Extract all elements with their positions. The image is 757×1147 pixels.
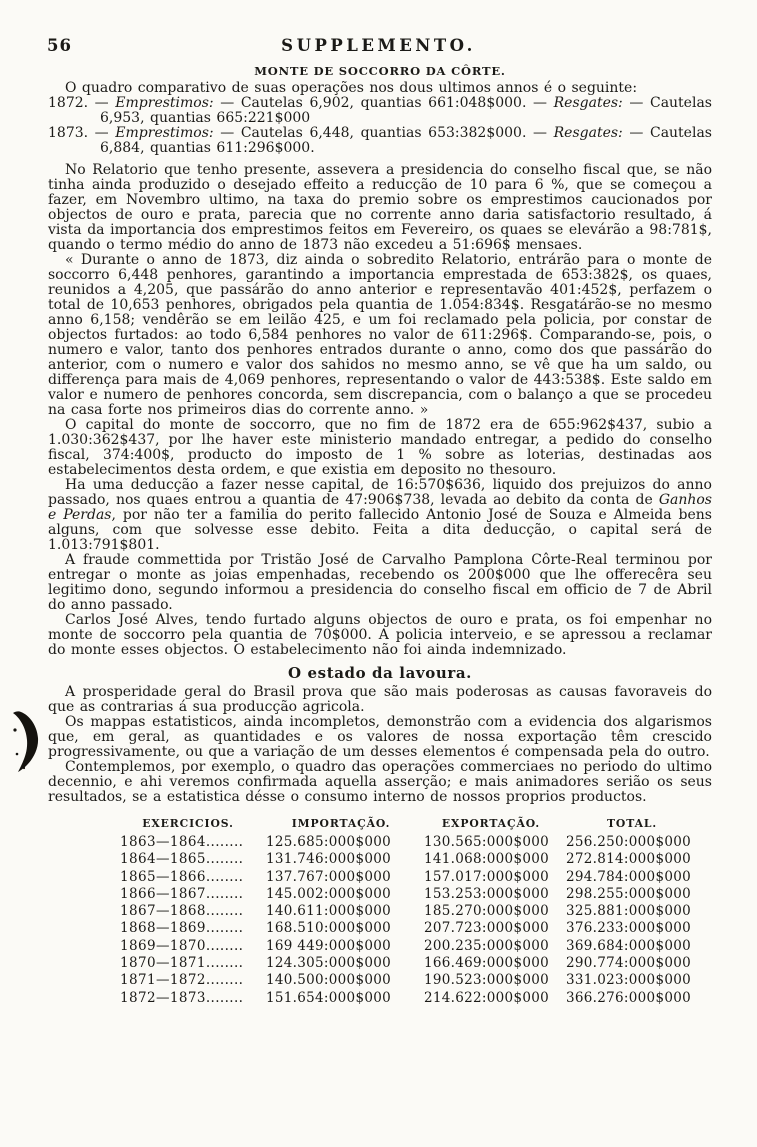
cell-exportacao: 200.235:000$000	[420, 938, 562, 955]
cell-total: 294.784:000$000	[562, 869, 702, 886]
page-content: MONTE DE SOCCORRO DA CÔRTE. O quadro com…	[48, 64, 712, 1007]
paragraph-durante-1873: « Durante o anno de 1873, diz ainda o so…	[48, 253, 712, 418]
cell-exportacao: 185.270:000$000	[420, 903, 562, 920]
cell-exercicio: 1869—1870........	[114, 938, 262, 955]
section-heading-monte-de-soccorro: MONTE DE SOCCORRO DA CÔRTE.	[48, 64, 712, 78]
page-header: 56 SUPPLEMENTO.	[0, 36, 757, 60]
cell-exportacao: 141.068:000$000	[420, 851, 562, 868]
cell-exercicio: 1867—1868........	[114, 903, 262, 920]
cell-importacao: 131.746:000$000	[262, 851, 420, 868]
paragraph-fraude: A fraude commettida por Tristão José de …	[48, 553, 712, 613]
table-row: 1869—1870........ 169 449:000$000 200.23…	[114, 938, 712, 955]
cell-total: 331.023:000$000	[562, 972, 702, 989]
entry-1873-emprestimos-text: — Cautelas 6,448, quantias 653:382$000. …	[214, 125, 554, 141]
cell-exportacao: 153.253:000$000	[420, 886, 562, 903]
column-header-importacao: IMPORTAÇÃO.	[262, 816, 420, 832]
table-row: 1870—1871........ 124.305:000$000 166.46…	[114, 955, 712, 972]
commerce-decennio-table: EXERCICIOS. IMPORTAÇÃO. EXPORTAÇÃO. TOTA…	[114, 816, 712, 1007]
paragraph-deduccao-part2: , por não ter a familia do perito fallec…	[48, 507, 712, 553]
table-row: 1864—1865........ 131.746:000$000 141.06…	[114, 851, 712, 868]
cell-total: 366.276:000$000	[562, 990, 702, 1007]
cell-importacao: 137.767:000$000	[262, 869, 420, 886]
cell-importacao: 140.500:000$000	[262, 972, 420, 989]
cell-importacao: 151.654:000$000	[262, 990, 420, 1007]
table-row: 1868—1869........ 168.510:000$000 207.72…	[114, 920, 712, 937]
column-header-total: TOTAL.	[562, 816, 702, 832]
cell-total: 369.684:000$000	[562, 938, 702, 955]
cell-exportacao: 214.622:000$000	[420, 990, 562, 1007]
page-number: 56	[47, 36, 72, 55]
page-title: SUPPLEMENTO.	[0, 36, 757, 55]
scanned-document-page: 56 SUPPLEMENTO. MONTE DE SOCCORRO DA CÔR…	[0, 0, 757, 1147]
cell-exportacao: 207.723:000$000	[420, 920, 562, 937]
entry-1872-resgates-label: Resgates:	[554, 95, 623, 111]
cell-importacao: 125.685:000$000	[262, 834, 420, 851]
column-header-exportacao: EXPORTAÇÃO.	[420, 816, 562, 832]
table-row: 1871—1872........ 140.500:000$000 190.52…	[114, 972, 712, 989]
paragraph-deduccao: Ha uma deducção a fazer nesse capital, d…	[48, 478, 712, 553]
cell-exportacao: 130.565:000$000	[420, 834, 562, 851]
cell-importacao: 145.002:000$000	[262, 886, 420, 903]
entry-1873-resgates-label: Resgates:	[554, 125, 623, 141]
paragraph-deduccao-part1: Ha uma deducção a fazer nesse capital, d…	[48, 477, 712, 508]
cell-exercicio: 1870—1871........	[114, 955, 262, 972]
entry-1872-emprestimos-label: Emprestimos:	[115, 95, 213, 111]
paragraph-capital: O capital do monte de soccorro, que no f…	[48, 418, 712, 478]
cell-exercicio: 1865—1866........	[114, 869, 262, 886]
cell-total: 256.250:000$000	[562, 834, 702, 851]
cell-exercicio: 1866—1867........	[114, 886, 262, 903]
cell-importacao: 140.611:000$000	[262, 903, 420, 920]
cell-exercicio: 1864—1865........	[114, 851, 262, 868]
entry-1873-emprestimos-label: Emprestimos:	[115, 125, 213, 141]
paragraph-prosperidade: A prosperidade geral do Brasil prova que…	[48, 685, 712, 715]
cell-exportacao: 157.017:000$000	[420, 869, 562, 886]
paragraph-carlos-jose-alves: Carlos José Alves, tendo furtado alguns …	[48, 613, 712, 658]
table-header-row: EXERCICIOS. IMPORTAÇÃO. EXPORTAÇÃO. TOTA…	[114, 816, 712, 832]
entry-1872-emprestimos-text: — Cautelas 6,902, quantias 661:048$000. …	[214, 95, 554, 111]
ink-blot-mark	[8, 710, 42, 774]
table-row: 1866—1867........ 145.002:000$000 153.25…	[114, 886, 712, 903]
cell-exportacao: 166.469:000$000	[420, 955, 562, 972]
cell-importacao: 168.510:000$000	[262, 920, 420, 937]
cell-total: 290.774:000$000	[562, 955, 702, 972]
cell-total: 298.255:000$000	[562, 886, 702, 903]
table-row: 1865—1866........ 137.767:000$000 157.01…	[114, 869, 712, 886]
cell-exercicio: 1872—1873........	[114, 990, 262, 1007]
cell-importacao: 124.305:000$000	[262, 955, 420, 972]
table-row: 1872—1873........ 151.654:000$000 214.62…	[114, 990, 712, 1007]
paragraph-quadro-intro: O quadro comparativo de suas operações n…	[48, 81, 712, 96]
entry-1873-prefix: 1873. —	[48, 125, 115, 141]
paragraph-relatorio: No Relatorio que tenho presente, assever…	[48, 163, 712, 253]
cell-exercicio: 1863—1864........	[114, 834, 262, 851]
entry-1872: 1872. — Emprestimos: — Cautelas 6,902, q…	[48, 96, 712, 126]
paragraph-mappas-estatisticos: Os mappas estatisticos, ainda incompleto…	[48, 715, 712, 760]
column-header-exercicios: EXERCICIOS.	[114, 816, 262, 832]
entry-1872-prefix: 1872. —	[48, 95, 115, 111]
cell-total: 272.814:000$000	[562, 851, 702, 868]
table-row: 1867—1868........ 140.611:000$000 185.27…	[114, 903, 712, 920]
cell-total: 376.233:000$000	[562, 920, 702, 937]
cell-exercicio: 1871—1872........	[114, 972, 262, 989]
section-heading-estado-da-lavoura: O estado da lavoura.	[48, 664, 712, 682]
cell-total: 325.881:000$000	[562, 903, 702, 920]
paragraph-contemplemos: Contemplemos, por exemplo, o quadro das …	[48, 760, 712, 805]
entry-1873: 1873. — Emprestimos: — Cautelas 6,448, q…	[48, 126, 712, 156]
cell-exportacao: 190.523:000$000	[420, 972, 562, 989]
cell-exercicio: 1868—1869........	[114, 920, 262, 937]
cell-importacao: 169 449:000$000	[262, 938, 420, 955]
table-row: 1863—1864........ 125.685:000$000 130.56…	[114, 834, 712, 851]
